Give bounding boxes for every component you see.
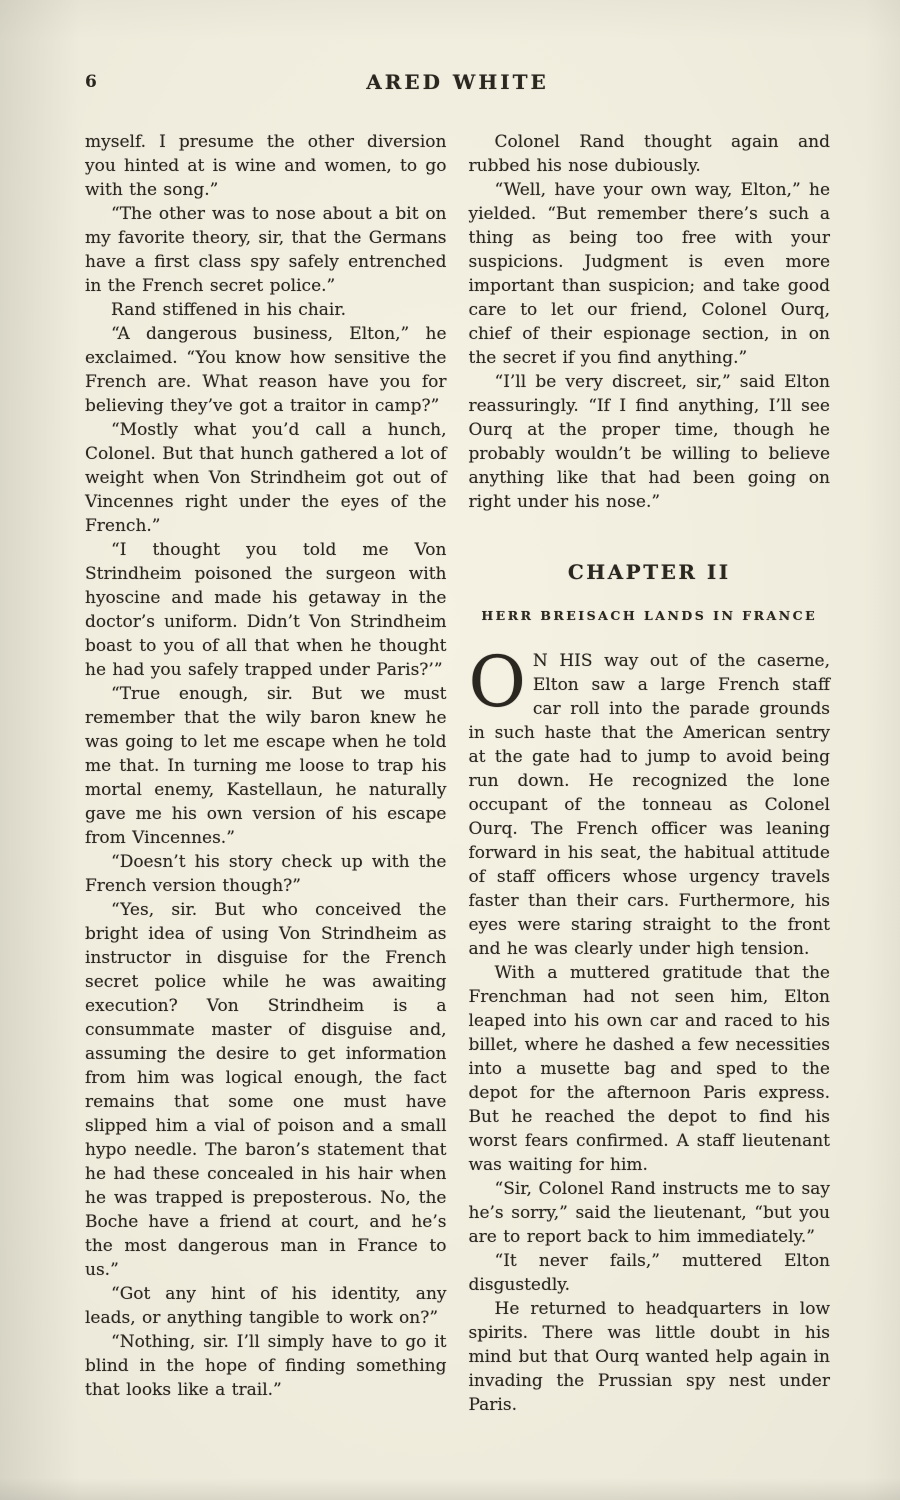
paragraph: “Doesn’t his story check up with the Fre… — [85, 850, 447, 898]
running-header: 6 ARED WHITE — [85, 70, 830, 98]
paragraph: myself. I presume the other diversion yo… — [85, 130, 447, 202]
book-page: 6 ARED WHITE myself. I presume the other… — [0, 0, 900, 1500]
two-column-text: myself. I presume the other diversion yo… — [85, 130, 830, 1417]
paragraph: “Mostly what you’d call a hunch, Colonel… — [85, 418, 447, 538]
page-content: 6 ARED WHITE myself. I presume the other… — [0, 0, 900, 1417]
paragraph: “I thought you told me Von Strindheim po… — [85, 538, 447, 682]
paragraph: With a muttered gratitude that the Frenc… — [469, 961, 831, 1177]
paragraph: “The other was to nose about a bit on my… — [85, 202, 447, 298]
paragraph: He returned to headquarters in low spiri… — [469, 1297, 831, 1417]
page-number: 6 — [85, 72, 98, 92]
paragraph: “It never fails,” muttered Elton disgust… — [469, 1249, 831, 1297]
opening-lead-in: N HIS — [533, 651, 593, 671]
paragraph: “I’ll be very discreet, sir,” said Elton… — [469, 370, 831, 514]
paragraph: Colonel Rand thought again and rubbed hi… — [469, 130, 831, 178]
paragraph: “True enough, sir. But we must remember … — [85, 682, 447, 850]
paragraph: “Yes, sir. But who conceived the bright … — [85, 898, 447, 1282]
drop-cap-initial: O — [469, 649, 533, 711]
paragraph: Rand stiffened in his chair. — [85, 298, 447, 322]
paragraph: “A dangerous business, Elton,” he exclai… — [85, 322, 447, 418]
chapter-subtitle: HERR BREISACH LANDS IN FRANCE — [469, 608, 831, 623]
paragraph: “Sir, Colonel Rand instructs me to say h… — [469, 1177, 831, 1249]
chapter-heading: CHAPTER II — [469, 560, 831, 584]
chapter-opening-paragraph: ON HIS way out of the caserne, Elton saw… — [469, 649, 831, 961]
right-column: Colonel Rand thought again and rubbed hi… — [469, 130, 831, 1417]
paragraph: “Well, have your own way, Elton,” he yie… — [469, 178, 831, 370]
paragraph: “Got any hint of his identity, any leads… — [85, 1282, 447, 1330]
paragraph: “Nothing, sir. I’ll simply have to go it… — [85, 1330, 447, 1402]
running-head-title: ARED WHITE — [85, 70, 830, 94]
left-column: myself. I presume the other diversion yo… — [85, 130, 447, 1417]
